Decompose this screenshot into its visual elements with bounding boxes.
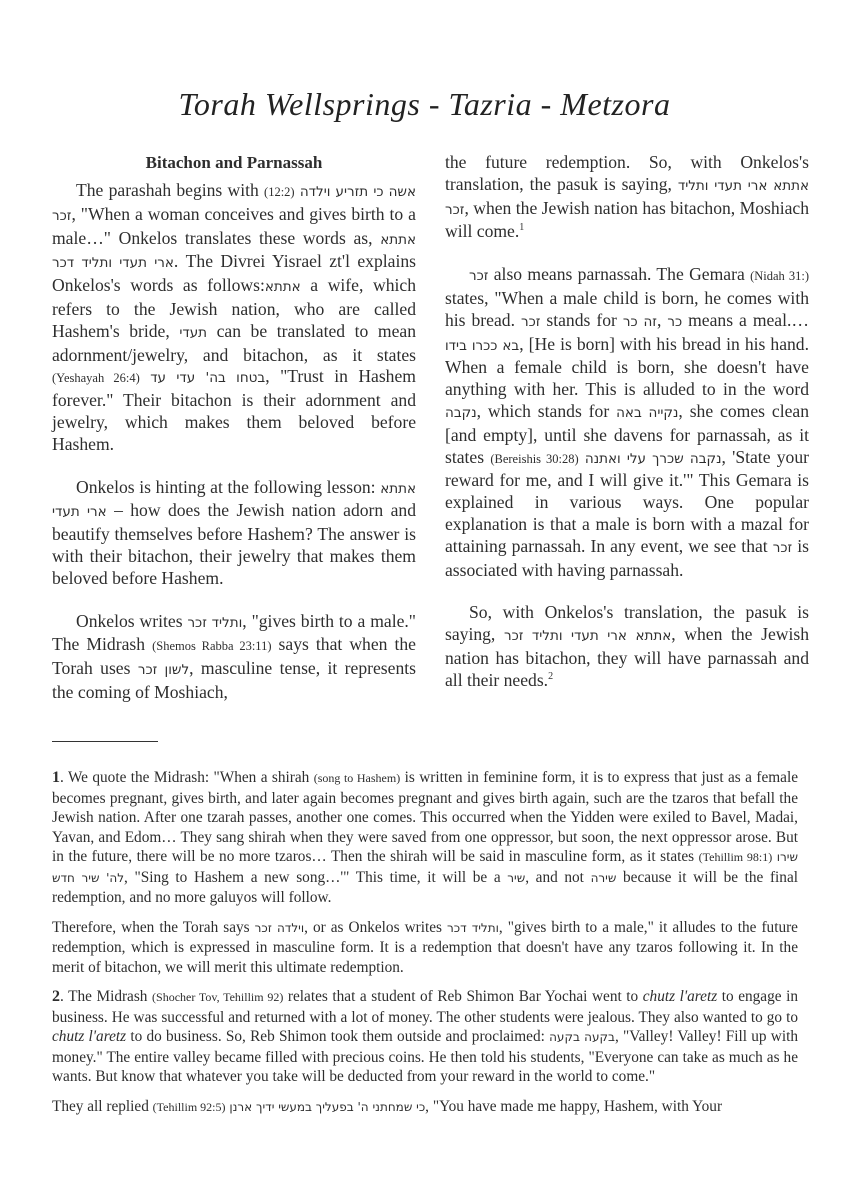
footnote-separator <box>52 741 158 742</box>
right-column: the future redemption. So, with Onkelos'… <box>445 152 809 713</box>
text: . We quote the Midrash: "When a shirah <box>60 769 314 786</box>
hebrew-quote: וילדה זכר <box>255 921 304 935</box>
text: , and not <box>525 869 590 886</box>
hebrew-quote: זכר <box>521 314 540 330</box>
source-reference: (Yeshayah 26:4) <box>52 371 140 385</box>
hebrew-quote: בא ככרו בידו <box>445 338 519 354</box>
text: , "When a woman conceives and gives birt… <box>52 204 416 248</box>
paragraph-5: So, with Onkelos's translation, the pasu… <box>445 602 809 691</box>
text: stands for <box>540 310 622 330</box>
section-heading: Bitachon and Parnassah <box>52 152 416 174</box>
source-reference: (Tehillim 92:5) <box>153 1100 226 1114</box>
text: Onkelos writes <box>76 611 187 631</box>
footnote-number: 1 <box>52 769 60 786</box>
text: also means parnassah. The Gemara <box>488 264 750 284</box>
italic-term: chutz l'aretz <box>643 988 717 1005</box>
text: – how does the Jewish nation adorn and b… <box>52 500 416 587</box>
text: , or as Onkelos writes <box>304 919 447 936</box>
source-reference: (Nidah 31:) <box>750 269 809 283</box>
hebrew-quote: בקעה בקעה <box>549 1030 615 1044</box>
hebrew-quote: תעדי <box>179 325 207 341</box>
text: . The Midrash <box>60 988 152 1005</box>
text: Therefore, when the Torah says <box>52 919 255 936</box>
text: , which stands for <box>477 401 617 421</box>
footnote-2: 2. The Midrash (Shocher Tov, Tehillim 92… <box>52 987 798 1087</box>
paragraph-1: The parashah begins with (12:2) אשה כי ת… <box>52 180 416 456</box>
text: means a meal.… <box>682 310 809 330</box>
text: The parashah begins with <box>76 180 264 200</box>
left-column: Bitachon and Parnassah The parashah begi… <box>52 152 416 725</box>
source-reference: (song to Hashem) <box>314 771 401 785</box>
paragraph-3: Onkelos writes ותליד זכר, "gives birth t… <box>52 611 416 704</box>
hebrew-quote: לשון זכר <box>138 662 189 678</box>
text: to do business. So, Reb Shimon took them… <box>126 1028 549 1045</box>
hebrew-quote: שיר <box>507 871 525 885</box>
paragraph-continued: the future redemption. So, with Onkelos'… <box>445 152 809 243</box>
text: , "You have made me happy, Hashem, with … <box>425 1098 722 1115</box>
hebrew-quote: ותליד זכר <box>187 615 242 631</box>
source-reference: (Bereishis 30:28) <box>490 452 578 466</box>
hebrew-quote: בטחו בה' עדי עד <box>150 370 265 386</box>
hebrew-quote: זה כר <box>623 314 657 330</box>
hebrew-quote: אתתא ארי תעדי ותליד זכר <box>504 628 671 644</box>
footnote-marker[interactable]: 2 <box>548 671 553 682</box>
footnotes: 1. We quote the Midrash: "When a shirah … <box>52 768 798 1127</box>
hebrew-quote: כר <box>667 314 682 330</box>
source-reference: (Tehillim 98:1) <box>699 850 773 864</box>
footnote-number: 2 <box>52 988 60 1005</box>
footnote-1: 1. We quote the Midrash: "When a shirah … <box>52 768 798 908</box>
source-reference: (Shemos Rabba 23:11) <box>152 639 271 653</box>
footnote-1-continued: Therefore, when the Torah says וילדה זכר… <box>52 918 798 978</box>
footnote-marker[interactable]: 1 <box>519 223 524 234</box>
paragraph-2: Onkelos is hinting at the following less… <box>52 477 416 590</box>
paragraph-4: זכר also means parnassah. The Gemara (Ni… <box>445 264 809 581</box>
italic-term: chutz l'aretz <box>52 1028 126 1045</box>
text: , "Sing to Hashem a new song…'" This tim… <box>124 869 507 886</box>
text: relates that a student of Reb Shimon Bar… <box>283 988 642 1005</box>
text: , <box>657 310 667 330</box>
hebrew-quote: זכר <box>469 268 488 284</box>
hebrew-quote: ותליד דכר <box>447 921 499 935</box>
hebrew-quote: אתתא <box>265 279 301 295</box>
hebrew-quote: שירה <box>591 871 617 885</box>
text: They all replied <box>52 1098 153 1115</box>
page-title: Torah Wellsprings - Tazria - Metzora <box>0 86 849 123</box>
hebrew-quote: זכר <box>773 540 792 556</box>
source-reference: (12:2) <box>264 185 295 199</box>
hebrew-quote: נקבה <box>445 405 477 421</box>
hebrew-quote: נקבה שכרך עלי ואתנה <box>585 451 722 467</box>
footnote-2-continued: They all replied (Tehillim 92:5) כי שמחת… <box>52 1097 798 1118</box>
source-reference: (Shocher Tov, Tehillim 92) <box>152 990 283 1004</box>
text: Onkelos is hinting at the following less… <box>76 477 380 497</box>
hebrew-quote: כי שמחתני ה' בפעליך במעשי ידיך ארנן <box>229 1100 425 1114</box>
text: , when the Jewish nation has bitachon, M… <box>445 198 809 242</box>
hebrew-quote: נקייה באה <box>616 405 678 421</box>
